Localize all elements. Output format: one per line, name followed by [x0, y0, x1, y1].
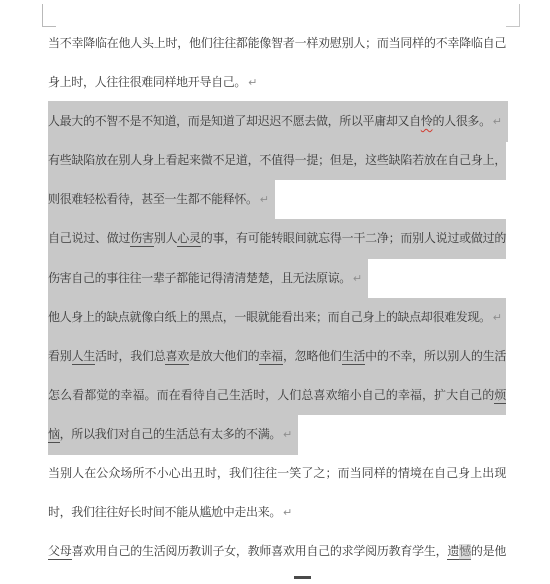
text-run: 中的不幸，所以别人的生活: [365, 349, 506, 363]
tracked-edit-word: 伤害: [130, 231, 154, 247]
document-line[interactable]: 看别人生活时，我们总喜欢是放大他们的幸福，忽略他们生活中的不幸，所以别人的生活: [48, 337, 506, 376]
selection-highlight: 恼，所以我们对自己的生活总有太多的不满。↵: [48, 414, 298, 455]
paragraph-mark-icon: ↵: [353, 273, 362, 285]
selection-highlight: 伤害自己的事往往一辈子都能记得清清楚楚，且无法原谅。↵: [48, 258, 368, 299]
text-run: 时，我们往往好长时间不能从尴尬中走出来。: [48, 505, 281, 519]
paragraph-mark-icon: ↵: [493, 116, 502, 128]
document-line[interactable]: 当不幸降临在他人头上时，他们往往都能像智者一样劝慰别人；而当同样的不幸降临自己: [48, 24, 506, 63]
text-run: 当不幸降临在他人头上时，他们往往都能像智者一样劝慰别人；而当同样的不幸降临自己: [48, 36, 506, 50]
tracked-edit-word: 幸福: [259, 349, 283, 365]
text-run: 喜欢用自己的生活阅历教训子女，教师喜欢用自己的求学阅历教育学生，: [72, 544, 448, 558]
document-line[interactable]: 身上时，人往往很难同样地开导自己。↵: [48, 63, 506, 102]
text-run: ，忽略他们: [283, 349, 342, 363]
crop-mark-top-right-icon: [506, 4, 520, 27]
text-run: 看别: [48, 349, 72, 363]
tracked-edit-word: 恼: [48, 427, 60, 443]
tracked-edit-word: 烦: [494, 388, 506, 404]
text-run: 的人很多。: [432, 114, 490, 128]
paragraph-mark-icon: ↵: [283, 507, 292, 519]
text-run: 伤害自己的事往往一辈子都能记得清清楚楚，且无法原谅。: [48, 271, 351, 285]
paragraph-mark-icon: ↵: [283, 429, 292, 441]
text-run: 活时，我们总: [95, 349, 165, 363]
document-line[interactable]: 人最大的不智不是不知道，而是知道了却迟迟不愿去做，所以平庸却又自怜的人很多。↵: [48, 102, 506, 141]
document-line[interactable]: 时，我们往往好长时间不能从尴尬中走出来。↵: [48, 493, 506, 532]
tracked-edit-word: 喜欢: [165, 349, 189, 365]
tracked-edit-word: 人生: [72, 349, 96, 365]
text-run: 的事，有可能转眼间就忘得一干二净；而别人说过或做过的: [201, 231, 506, 245]
tracked-edit-word: 心灵: [177, 231, 201, 247]
paragraph-mark-icon: ↵: [248, 77, 257, 89]
text-run: 的是他: [471, 544, 506, 558]
document-line[interactable]: 自己说过、做过伤害别人心灵的事，有可能转眼间就忘得一干二净；而别人说过或做过的: [48, 219, 506, 258]
paragraph-mark-icon: ↵: [493, 312, 502, 324]
text-run: 他人身上的缺点就像白纸上的黑点，一眼就能看出来；而自己身上的缺点却很难发现。: [48, 310, 491, 324]
text-run: 自己说过、做过: [48, 231, 130, 245]
document-line[interactable]: 当别人在公众场所不小心出丑时，我们往往一笑了之；而当同样的情境在自己身上出现: [48, 454, 506, 493]
tracked-edit-word: 父母: [48, 544, 72, 560]
paragraph-mark-icon: ↵: [260, 194, 269, 206]
text-run: 别人: [154, 231, 178, 245]
text-run: 则很难轻松看待，甚至一生都不能释怀。: [48, 192, 258, 206]
text-run: 有些缺陷放在别人身上看起来微不足道，不值得一提；但是，这些缺陷若放在自己身上，: [48, 153, 506, 167]
text-run: 当别人在公众场所不小心出丑时，我们往往一笑了之；而当同样的情境在自己身上出现: [48, 466, 506, 480]
selection-highlight: 则很难轻松看待，甚至一生都不能释怀。↵: [48, 179, 275, 220]
document-line[interactable]: 则很难轻松看待，甚至一生都不能释怀。↵: [48, 180, 506, 219]
text-run: 怎么看都觉的幸福。而在看待自己生活时，人们总喜欢缩小自己的幸福，扩大自己的: [48, 388, 494, 402]
document-body[interactable]: 当不幸降临在他人头上时，他们往往都能像智者一样劝慰别人；而当同样的不幸降临自己身…: [48, 24, 506, 571]
text-run: 身上时，人往往很难同样地开导自己。: [48, 75, 246, 89]
document-line[interactable]: 怎么看都觉的幸福。而在看待自己生活时，人们总喜欢缩小自己的幸福，扩大自己的烦: [48, 376, 506, 415]
tracked-edit-word: 生活: [342, 349, 366, 365]
document-line[interactable]: 他人身上的缺点就像白纸上的黑点，一眼就能看出来；而自己身上的缺点却很难发现。↵: [48, 298, 506, 337]
grammar-shaded-char: 憾: [459, 544, 471, 560]
selection-highlight: 人最大的不智不是不知道，而是知道了却迟迟不愿去做，所以平庸却又自怜的人很多。↵: [48, 101, 508, 142]
document-page: 当不幸降临在他人头上时，他们往往都能像智者一样劝慰别人；而当同样的不幸降临自己身…: [0, 0, 550, 584]
document-line[interactable]: 有些缺陷放在别人身上看起来微不足道，不值得一提；但是，这些缺陷若放在自己身上，: [48, 141, 506, 180]
text-run: ，所以我们对自己的生活总有太多的不满。: [60, 427, 281, 441]
document-line[interactable]: 父母喜欢用自己的生活阅历教训子女，教师喜欢用自己的求学阅历教育学生，遗憾的是他: [48, 532, 506, 571]
tracked-edit-word: 遗: [447, 544, 459, 560]
text-run: 人最大的不智不是不知道，而是知道了却迟迟不愿去做，所以平庸却又自: [48, 114, 421, 128]
text-run: 是放大他们的: [189, 349, 259, 363]
document-line[interactable]: 恼，所以我们对自己的生活总有太多的不满。↵: [48, 415, 506, 454]
misspelled-word: 怜: [421, 114, 433, 128]
document-line[interactable]: 伤害自己的事往往一辈子都能记得清清楚楚，且无法原谅。↵: [48, 259, 506, 298]
clipped-next-line-text: [294, 576, 311, 579]
